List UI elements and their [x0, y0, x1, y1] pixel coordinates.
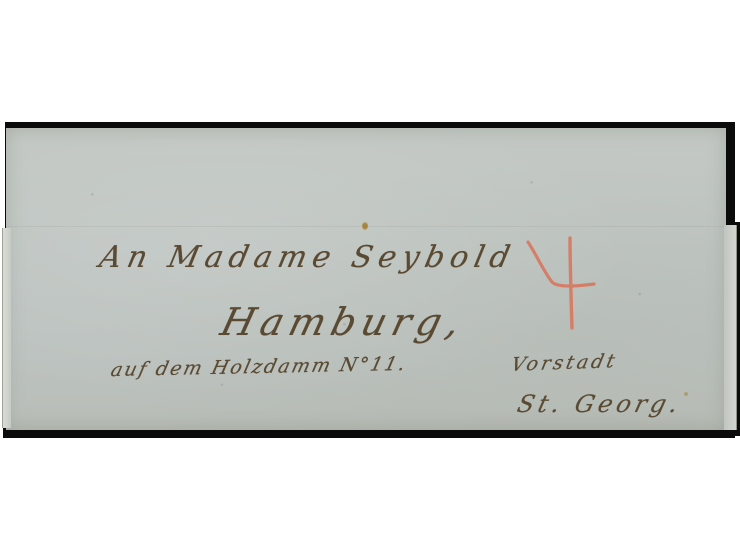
right-flap — [724, 225, 737, 430]
ink-spot — [362, 222, 368, 230]
letter-cover — [6, 128, 726, 430]
address-line-recipient: An Madame Seybold — [96, 240, 519, 275]
photo-scene: An Madame Seybold Hamburg, auf dem Holzd… — [0, 0, 740, 557]
address-line-city: Hamburg, — [217, 300, 471, 344]
left-flap — [2, 228, 11, 428]
address-line-district-label: Vorstadt — [509, 350, 620, 376]
address-line-district: St. Georg. — [515, 390, 686, 418]
